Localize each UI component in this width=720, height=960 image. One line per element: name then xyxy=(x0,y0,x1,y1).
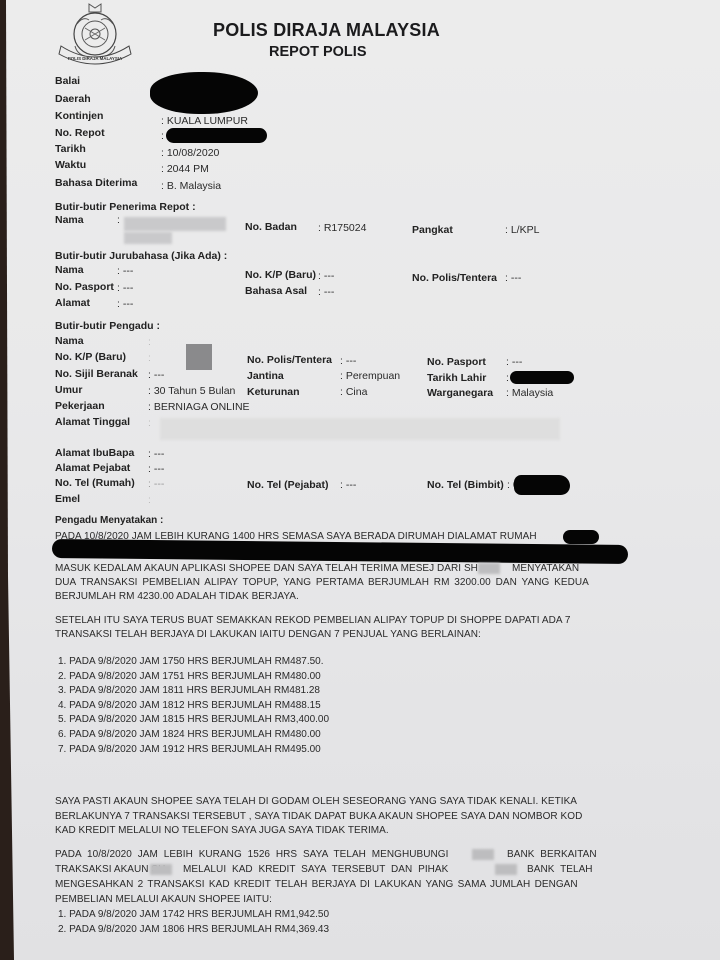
alamat-tinggal-label: Alamat Tinggal xyxy=(55,416,130,428)
pengadu-no-kp-label: No. K/P (Baru) xyxy=(55,351,126,363)
jurubahasa-alamat-label: Alamat xyxy=(55,297,90,309)
tarikh-lahir-value: : xyxy=(506,372,509,384)
bahasa-asal-label: Bahasa Asal xyxy=(245,285,307,297)
redaction-balai-daerah xyxy=(150,72,258,114)
page-title: POLIS DIRAJA MALAYSIA xyxy=(213,20,440,41)
transaction-item: 1. PADA 9/8/2020 JAM 1742 HRS BERJUMLAH … xyxy=(58,909,329,920)
penerima-nama-value: : xyxy=(117,214,120,226)
no-sijil-beranak-label: No. Sijil Beranak xyxy=(55,368,138,380)
tarikh-label: Tarikh xyxy=(55,143,86,155)
statement-p4-line1b: BANK BERKAITAN xyxy=(507,849,597,860)
pengadu-no-pasport-value: : --- xyxy=(506,356,522,368)
daerah-label: Daerah xyxy=(55,93,91,105)
bahasa-diterima-value: : B. Malaysia xyxy=(161,180,221,192)
redaction-tarikh-lahir xyxy=(510,371,574,384)
redaction-no-repot xyxy=(166,128,267,143)
pengadu-no-kp-value: : xyxy=(148,352,151,364)
pangkat-label: Pangkat xyxy=(412,224,453,236)
blurred-shopee-name xyxy=(478,563,500,574)
pengadu-no-polis-value: : --- xyxy=(340,355,356,367)
page-subtitle: REPOT POLIS xyxy=(269,44,367,60)
redaction-tel-bimbit xyxy=(514,475,570,495)
jantina-value: : Perempuan xyxy=(340,370,400,382)
bahasa-diterima-label: Bahasa Diterima xyxy=(55,177,137,189)
blurred-kp-number xyxy=(186,344,212,370)
statement-p4-line2c: BANK TELAH xyxy=(527,864,593,875)
penerima-nama-label: Nama xyxy=(55,214,84,226)
pekerjaan-value: : BERNIAGA ONLINE xyxy=(148,401,250,413)
tel-rumah-value: : --- xyxy=(148,478,164,490)
transaction-item: 3. PADA 9/8/2020 JAM 1811 HRS BERJUMLAH … xyxy=(58,685,320,696)
alamat-pejabat-value: : --- xyxy=(148,463,164,475)
no-badan-label: No. Badan xyxy=(245,221,297,233)
umur-label: Umur xyxy=(55,384,82,396)
statement-p3-line3: KAD KREDIT MELALUI NO TELEFON SAYA JUGA … xyxy=(55,825,389,836)
jurubahasa-nama-value: : --- xyxy=(117,265,133,277)
warganegara-value: : Malaysia xyxy=(506,387,553,399)
waktu-label: Waktu xyxy=(55,159,86,171)
blurred-bank-name-1 xyxy=(472,849,494,860)
statement-p4-line2b: MELALUI KAD KREDIT SAYA TERSEBUT DAN PIH… xyxy=(183,864,448,875)
redaction-address-1 xyxy=(563,530,599,544)
jurubahasa-no-polis-label: No. Polis/Tentera xyxy=(412,272,497,284)
emel-label: Emel xyxy=(55,493,80,505)
emel-value: : xyxy=(148,494,151,506)
statement-p1-line3b: MENYATAKAN xyxy=(512,563,579,574)
tel-rumah-label: No. Tel (Rumah) xyxy=(55,477,135,489)
jantina-label: Jantina xyxy=(247,370,284,382)
blurred-shopee-name-2 xyxy=(150,864,172,875)
tarikh-lahir-label: Tarikh Lahir xyxy=(427,372,486,384)
jurubahasa-no-kp-value: : --- xyxy=(318,270,334,282)
statement-title: Pengadu Menyatakan : xyxy=(55,515,163,526)
statement-p4-line4: PEMBELIAN MELALUI AKAUN SHOPEE IAITU: xyxy=(55,894,272,905)
no-badan-value: : R175024 xyxy=(318,222,366,234)
pengadu-nama-label: Nama xyxy=(55,335,84,347)
jurubahasa-no-pasport-value: : --- xyxy=(117,282,133,294)
transaction-item: 2. PADA 9/8/2020 JAM 1751 HRS BERJUMLAH … xyxy=(58,671,321,682)
alamat-pejabat-label: Alamat Pejabat xyxy=(55,462,130,474)
kontinjen-label: Kontinjen xyxy=(55,110,103,122)
keturunan-label: Keturunan xyxy=(247,386,300,398)
jurubahasa-section-title: Butir-butir Jurubahasa (Jika Ada) : xyxy=(55,250,227,262)
warganegara-label: Warganegara xyxy=(427,387,493,399)
pengadu-section-title: Butir-butir Pengadu : xyxy=(55,320,160,332)
alamat-tinggal-value: : xyxy=(148,417,151,429)
penerima-section-title: Butir-butir Penerima Repot : xyxy=(55,201,196,213)
blurred-bank-name-2 xyxy=(495,864,517,875)
tarikh-value: : 10/08/2020 xyxy=(161,147,219,159)
balai-label: Balai xyxy=(55,75,80,87)
jurubahasa-no-polis-value: : --- xyxy=(505,272,521,284)
blurred-penerima-name-line2 xyxy=(124,232,172,244)
no-sijil-beranak-value: : --- xyxy=(148,369,164,381)
statement-p4-line2a: TRAKSAKSI AKAUN SH xyxy=(55,864,165,875)
tel-pejabat-label: No. Tel (Pejabat) xyxy=(247,479,328,491)
umur-value: : 30 Tahun 5 Bulan xyxy=(148,385,235,397)
svg-text:POLIS DIRAJA MALAYSIA: POLIS DIRAJA MALAYSIA xyxy=(68,56,123,61)
waktu-value: : 2044 PM xyxy=(161,163,209,175)
transaction-item: 7. PADA 9/8/2020 JAM 1912 HRS BERJUMLAH … xyxy=(58,744,321,755)
pengadu-no-polis-label: No. Polis/Tentera xyxy=(247,354,332,366)
pengadu-no-pasport-label: No. Pasport xyxy=(427,356,486,368)
statement-p4-line1a: PADA 10/8/2020 JAM LEBIH KURANG 1526 HRS… xyxy=(55,849,448,860)
pekerjaan-label: Pekerjaan xyxy=(55,400,105,412)
statement-p3-line1: SAYA PASTI AKAUN SHOPEE SAYA TELAH DI GO… xyxy=(55,796,577,807)
transaction-item: 1. PADA 9/8/2020 JAM 1750 HRS BERJUMLAH … xyxy=(58,656,324,667)
transaction-item: 4. PADA 9/8/2020 JAM 1812 HRS BERJUMLAH … xyxy=(58,700,321,711)
jurubahasa-nama-label: Nama xyxy=(55,264,84,276)
statement-p1-line4: DUA TRANSAKSI PEMBELIAN ALIPAY TOPUP, YA… xyxy=(55,577,589,588)
tel-bimbit-label: No. Tel (Bimbit) xyxy=(427,479,504,491)
pdrm-crest-icon: POLIS DIRAJA MALAYSIA xyxy=(55,2,135,68)
kontinjen-value: : KUALA LUMPUR xyxy=(161,115,248,127)
transaction-item: 6. PADA 9/8/2020 JAM 1824 HRS BERJUMLAH … xyxy=(58,729,321,740)
keturunan-value: : Cina xyxy=(340,386,367,398)
alamat-ibubapa-value: : --- xyxy=(148,448,164,460)
jurubahasa-no-pasport-label: No. Pasport xyxy=(55,281,114,293)
statement-p2-line2: TRANSAKSI TELAH BERJAYA DI LAKUKAN IAITU… xyxy=(55,629,481,640)
bahasa-asal-value: : --- xyxy=(318,286,334,298)
jurubahasa-alamat-value: : --- xyxy=(117,298,133,310)
transaction-item: 2. PADA 9/8/2020 JAM 1806 HRS BERJUMLAH … xyxy=(58,924,329,935)
blurred-address xyxy=(160,418,560,440)
pangkat-value: : L/KPL xyxy=(505,224,539,236)
blurred-penerima-name xyxy=(124,217,226,231)
no-repot-value: : xyxy=(161,130,164,142)
no-repot-label: No. Repot xyxy=(55,127,105,139)
pengadu-nama-value: : xyxy=(148,336,151,348)
statement-p3-line2: BERLAKUNYA 7 TRANSAKSI TERSEBUT , SAYA T… xyxy=(55,811,582,822)
statement-p4-line3: MENGESAHKAN 2 TRANSAKSI KAD KREDIT TELAH… xyxy=(55,879,578,890)
statement-p1-line5: BERJUMLAH RM 4230.00 ADALAH TIDAK BERJAY… xyxy=(55,591,299,602)
tel-pejabat-value: : --- xyxy=(340,479,356,491)
statement-p1-line3a: MASUK KEDALAM AKAUN APLIKASI SHOPEE DAN … xyxy=(55,563,478,574)
jurubahasa-no-kp-label: No. K/P (Baru) xyxy=(245,269,316,281)
statement-p2-line1: SETELAH ITU SAYA TERUS BUAT SEMAKKAN REK… xyxy=(55,615,571,626)
alamat-ibubapa-label: Alamat IbuBapa xyxy=(55,447,134,459)
transaction-item: 5. PADA 9/8/2020 JAM 1815 HRS BERJUMLAH … xyxy=(58,714,329,725)
